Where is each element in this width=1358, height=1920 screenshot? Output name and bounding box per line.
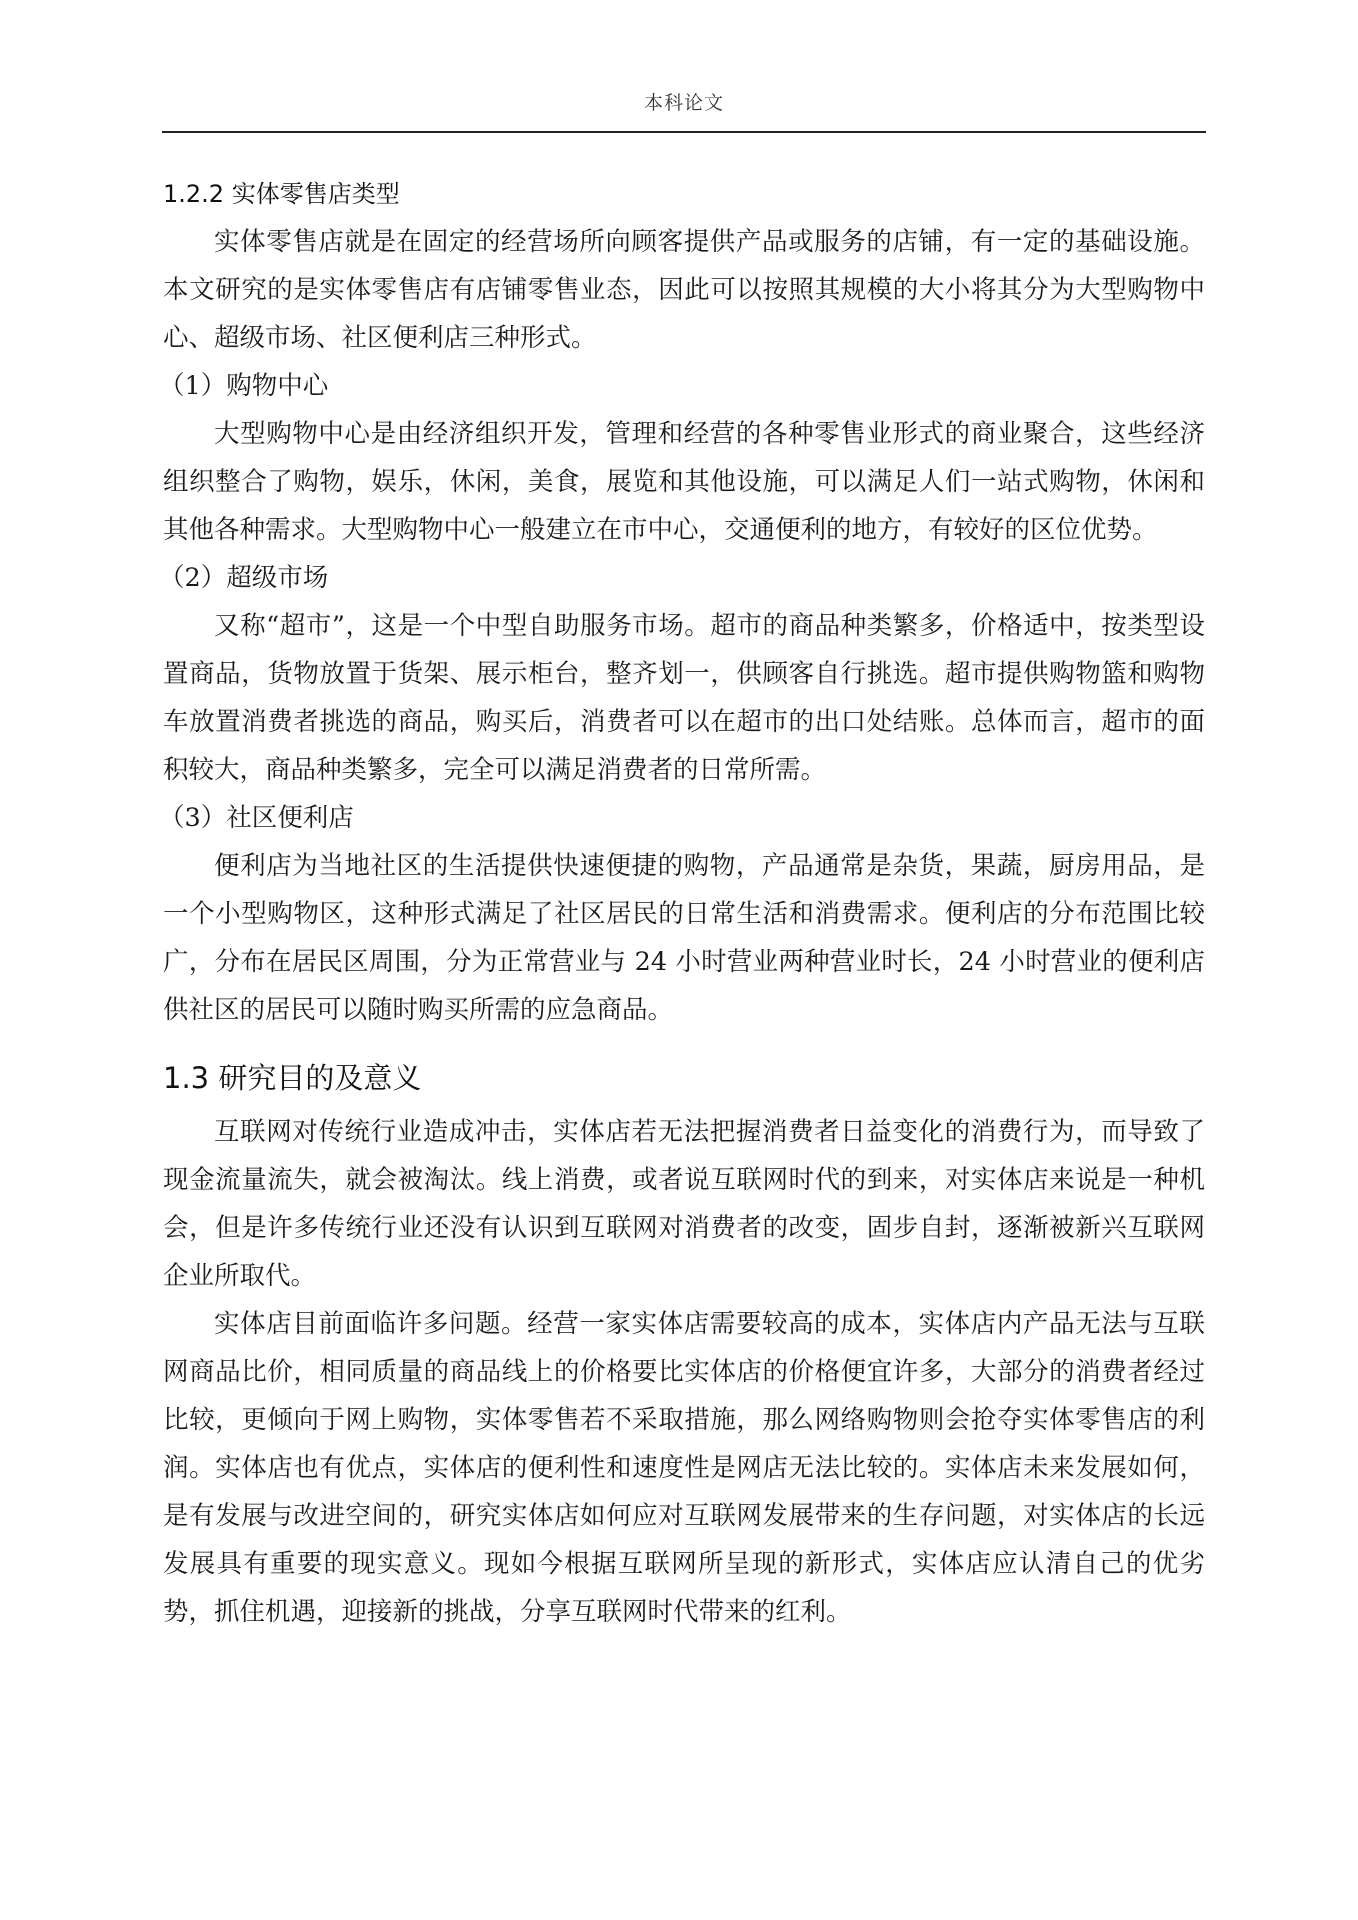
subsection-label-convenience-store: （3）社区便利店 bbox=[159, 794, 1205, 842]
header-rule bbox=[162, 131, 1206, 133]
subsection-paragraph-shopping-center: 大型购物中心是由经济组织开发，管理和经营的各种零售业形式的商业聚合，这些经济组织… bbox=[163, 410, 1205, 554]
purpose-paragraph-1: 互联网对传统行业造成冲击，实体店若无法把握消费者日益变化的消费行为，而导致了现金… bbox=[163, 1108, 1205, 1300]
subsection-label-shopping-center: （1）购物中心 bbox=[159, 362, 1205, 410]
section-intro-paragraph: 实体零售店就是在固定的经营场所向顾客提供产品或服务的店铺，有一定的基础设施。本文… bbox=[163, 218, 1205, 362]
page-header-title: 本科论文 bbox=[162, 88, 1206, 115]
subsection-paragraph-supermarket: 又称“超市”，这是一个中型自助服务市场。超市的商品种类繁多，价格适中，按类型设置… bbox=[163, 602, 1205, 794]
subsection-paragraph-convenience-store: 便利店为当地社区的生活提供快速便捷的购物，产品通常是杂货，果蔬，厨房用品，是一个… bbox=[163, 842, 1205, 1034]
page-body: 1.2.2 实体零售店类型 实体零售店就是在固定的经营场所向顾客提供产品或服务的… bbox=[163, 170, 1205, 1636]
section-heading-1-3: 1.3 研究目的及意义 bbox=[163, 1054, 1205, 1102]
purpose-paragraph-2: 实体店目前面临许多问题。经营一家实体店需要较高的成本，实体店内产品无法与互联网商… bbox=[163, 1300, 1205, 1636]
subsection-label-supermarket: （2）超级市场 bbox=[159, 554, 1205, 602]
section-heading-1-2-2: 1.2.2 实体零售店类型 bbox=[163, 170, 1205, 218]
